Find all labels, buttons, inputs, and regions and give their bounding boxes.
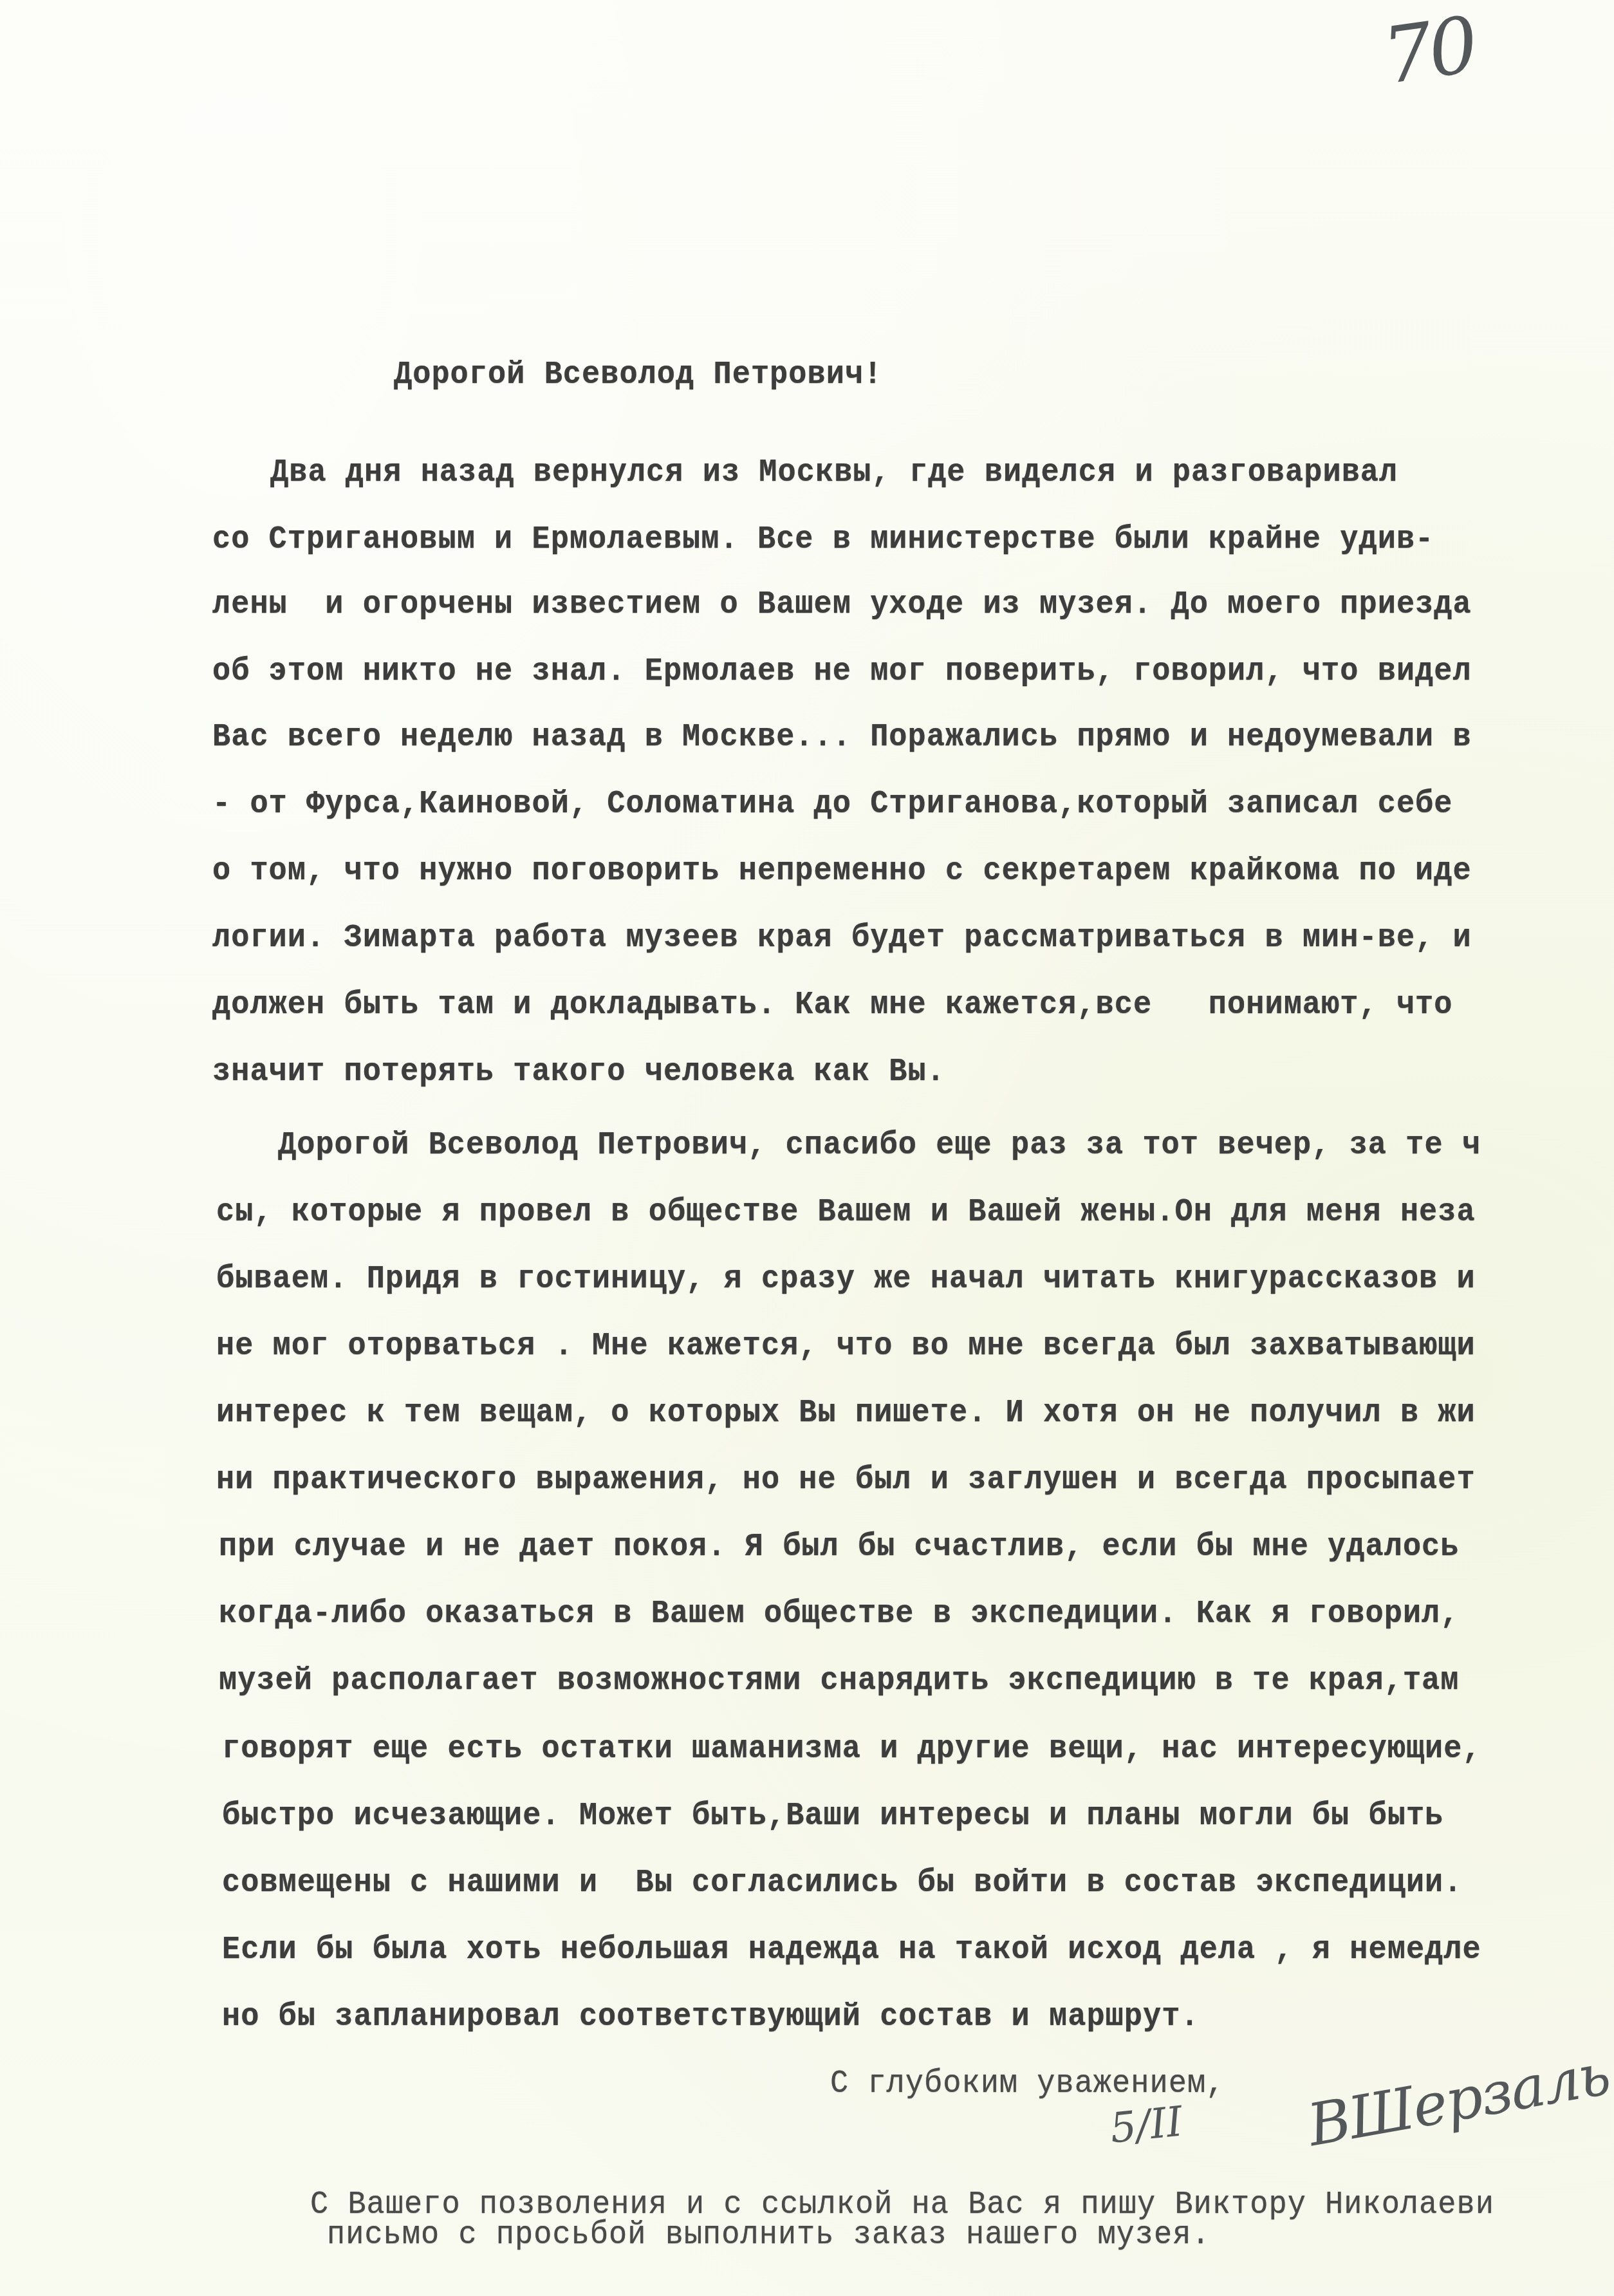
paragraph-2-line: не мог оторваться . Мне кажется, что во … bbox=[216, 1329, 1476, 1365]
paragraph-1-line: - от Фурса,Каиновой, Соломатина до Стриг… bbox=[212, 787, 1453, 823]
paragraph-2-line: бываем. Придя в гостиницу, я сразу же на… bbox=[216, 1262, 1476, 1298]
paragraph-1-line: значит потерять такого человека как Вы. bbox=[212, 1054, 945, 1090]
paragraph-1-line: Вас всего неделю назад в Москве... Пораж… bbox=[212, 720, 1472, 756]
salutation: Дорогой Всеволод Петрович! bbox=[394, 357, 882, 393]
paragraph-2-line: ни практического выражения, но не был и … bbox=[216, 1462, 1476, 1498]
paragraph-2-line: сы, которые я провел в обществе Вашем и … bbox=[216, 1195, 1476, 1231]
paragraph-2-line: музей располагает возможностями снарядит… bbox=[219, 1663, 1460, 1699]
paragraph-2-line: говорят еще есть остатки шаманизма и дру… bbox=[222, 1731, 1481, 1768]
paragraph-1-line: об этом никто не знал. Ермолаев не мог п… bbox=[212, 654, 1472, 690]
paragraph-2-line: быстро исчезающие. Может быть,Ваши интер… bbox=[222, 1798, 1443, 1834]
paragraph-2-line: Дорогой Всеволод Петрович, спасибо еще р… bbox=[278, 1128, 1481, 1164]
postscript-line: письмо с просьбой выполнить заказ нашего… bbox=[327, 2217, 1210, 2254]
paragraph-2-line: при случае и не дает покоя. Я был бы сча… bbox=[219, 1529, 1460, 1565]
paragraph-1-line: Два дня назад вернулся из Москвы, где ви… bbox=[270, 455, 1398, 491]
paragraph-1-line: должен быть там и докладывать. Как мне к… bbox=[212, 987, 1453, 1023]
paragraph-1-line: логии. Зимарта работа музеев края будет … bbox=[212, 920, 1472, 957]
paragraph-1-line: лены и огорчены известием о Вашем уходе … bbox=[212, 587, 1472, 623]
closing: С глубоким уважением, bbox=[830, 2066, 1225, 2102]
paragraph-2-line: но бы запланировал соответствующий соста… bbox=[222, 1999, 1200, 2035]
paragraph-1-line: о том, что нужно поговорить непременно с… bbox=[212, 854, 1472, 890]
paragraph-2-line: когда-либо оказаться в Вашем обществе в … bbox=[219, 1596, 1460, 1632]
paragraph-1-line: со Стригановым и Ермолаевым. Все в минис… bbox=[212, 522, 1434, 558]
paragraph-2-line: Если бы была хоть небольшая надежда на т… bbox=[222, 1932, 1481, 1968]
paragraph-2-line: интерес к тем вещам, о которых Вы пишете… bbox=[216, 1395, 1476, 1432]
folio-number: 70 bbox=[1378, 1, 1480, 102]
handwritten-date: 5/II bbox=[1108, 2098, 1185, 2152]
paragraph-2-line: совмещены с нашими и Вы согласились бы в… bbox=[222, 1865, 1463, 1901]
